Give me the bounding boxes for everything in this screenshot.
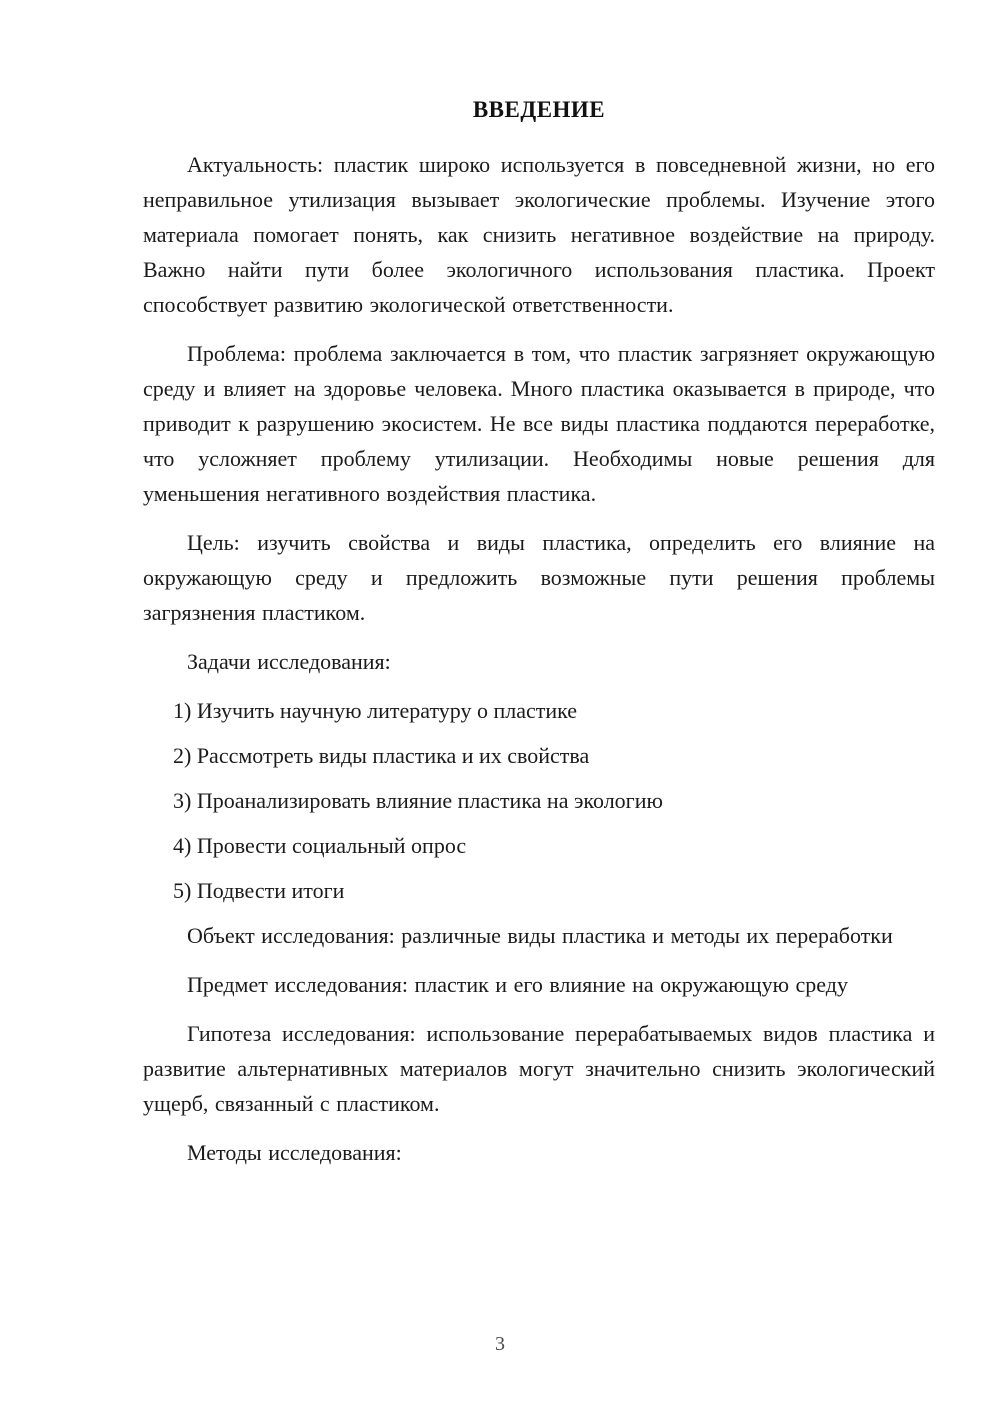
document-page: ВВЕДЕНИЕ Актуальность: пластик широко ис…: [0, 0, 1000, 1414]
paragraph-subject: Предмет исследования: пластик и его влия…: [143, 967, 935, 1002]
task-item-3: 3) Проанализировать влияние пластика на …: [173, 783, 935, 818]
task-item-1: 1) Изучить научную литературу о пластике: [173, 693, 935, 728]
tasks-list: 1) Изучить научную литературу о пластике…: [143, 693, 935, 908]
paragraph-problem: Проблема: проблема заключается в том, чт…: [143, 336, 935, 511]
task-item-4: 4) Провести социальный опрос: [173, 828, 935, 863]
paragraph-hypothesis: Гипотеза исследования: использование пер…: [143, 1016, 935, 1121]
tasks-heading: Задачи исследования:: [143, 644, 935, 679]
task-item-5: 5) Подвести итоги: [173, 873, 935, 908]
paragraph-object: Объект исследования: различные виды плас…: [143, 918, 935, 953]
paragraph-goal: Цель: изучить свойства и виды пластика, …: [143, 525, 935, 630]
methods-heading: Методы исследования:: [143, 1135, 935, 1170]
page-number: 3: [0, 1333, 1000, 1356]
page-title: ВВЕДЕНИЕ: [143, 97, 935, 123]
paragraph-actuality: Актуальность: пластик широко используетс…: [143, 147, 935, 322]
task-item-2: 2) Рассмотреть виды пластика и их свойст…: [173, 738, 935, 773]
